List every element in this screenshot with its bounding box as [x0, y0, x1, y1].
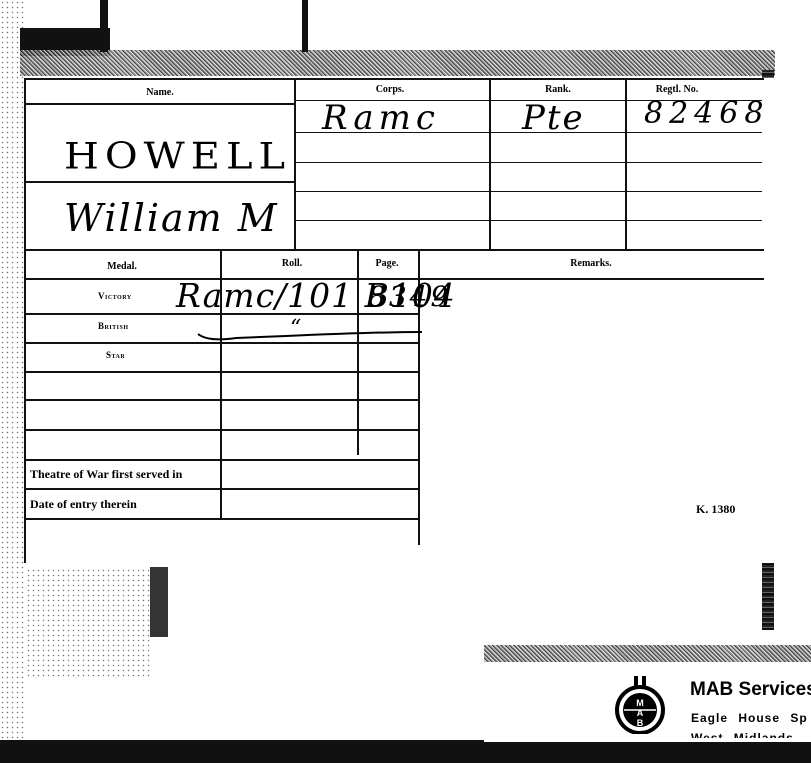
ditto-stroke: [196, 326, 426, 346]
rule: [24, 249, 764, 251]
scan-dark-bottom-left-strip: [150, 567, 168, 637]
scan-dark-top-right-strip: [302, 0, 308, 52]
form-number: K. 1380: [696, 502, 735, 517]
scan-noise-left: [0, 0, 24, 740]
date-label: Date of entry therein: [30, 497, 137, 512]
victory-page-handwritten: 8349: [368, 280, 451, 313]
theatre-label: Theatre of War first served in: [30, 467, 182, 482]
rule: [24, 429, 420, 431]
surname-handwritten: HOWELL: [64, 136, 291, 177]
medal-label-british: British: [98, 321, 129, 331]
scan-noise-bottom-left: [26, 568, 151, 678]
rule: [24, 371, 420, 373]
header-corps: Corps.: [345, 84, 435, 95]
medal-label-star: Star: [106, 350, 125, 360]
header-page: Page.: [357, 258, 417, 269]
rule: [24, 103, 296, 105]
address-line-1: Eagle House Sp: [691, 711, 808, 725]
rule: [489, 80, 491, 250]
scan-dark-top-strip: [100, 0, 108, 52]
svg-text:B: B: [637, 718, 644, 728]
regtl-no-handwritten: 82468: [644, 96, 769, 131]
rule: [294, 80, 296, 250]
rule: [24, 459, 420, 461]
header-roll: Roll.: [262, 258, 322, 269]
company-name: MAB Services: [690, 679, 811, 701]
rule: [296, 162, 762, 163]
rule: [24, 518, 420, 520]
scan-shadow-top: [20, 50, 775, 76]
rule: [625, 80, 627, 250]
header-medal: Medal.: [24, 261, 220, 272]
rule: [296, 220, 762, 221]
header-rank: Rank.: [491, 84, 625, 95]
header-regtl-no: Regtl. No.: [627, 84, 727, 95]
scan-dark-bottom: [0, 740, 811, 763]
rank-handwritten: Pte: [522, 98, 585, 138]
header-name: Name.: [24, 87, 296, 98]
scan-shadow-bottom-right: [484, 645, 811, 663]
rule: [24, 181, 296, 183]
forenames-handwritten: William M: [64, 196, 279, 240]
header-remarks: Remarks.: [420, 258, 762, 269]
rule: [24, 78, 764, 80]
medal-label-victory: Victory: [98, 291, 132, 301]
svg-text:M: M: [636, 698, 644, 708]
rule: [24, 399, 420, 401]
rule: [296, 191, 762, 192]
rule: [24, 488, 420, 490]
mab-roundel-logo-icon: M A B: [614, 676, 666, 734]
corps-handwritten: Ramc: [322, 98, 440, 138]
